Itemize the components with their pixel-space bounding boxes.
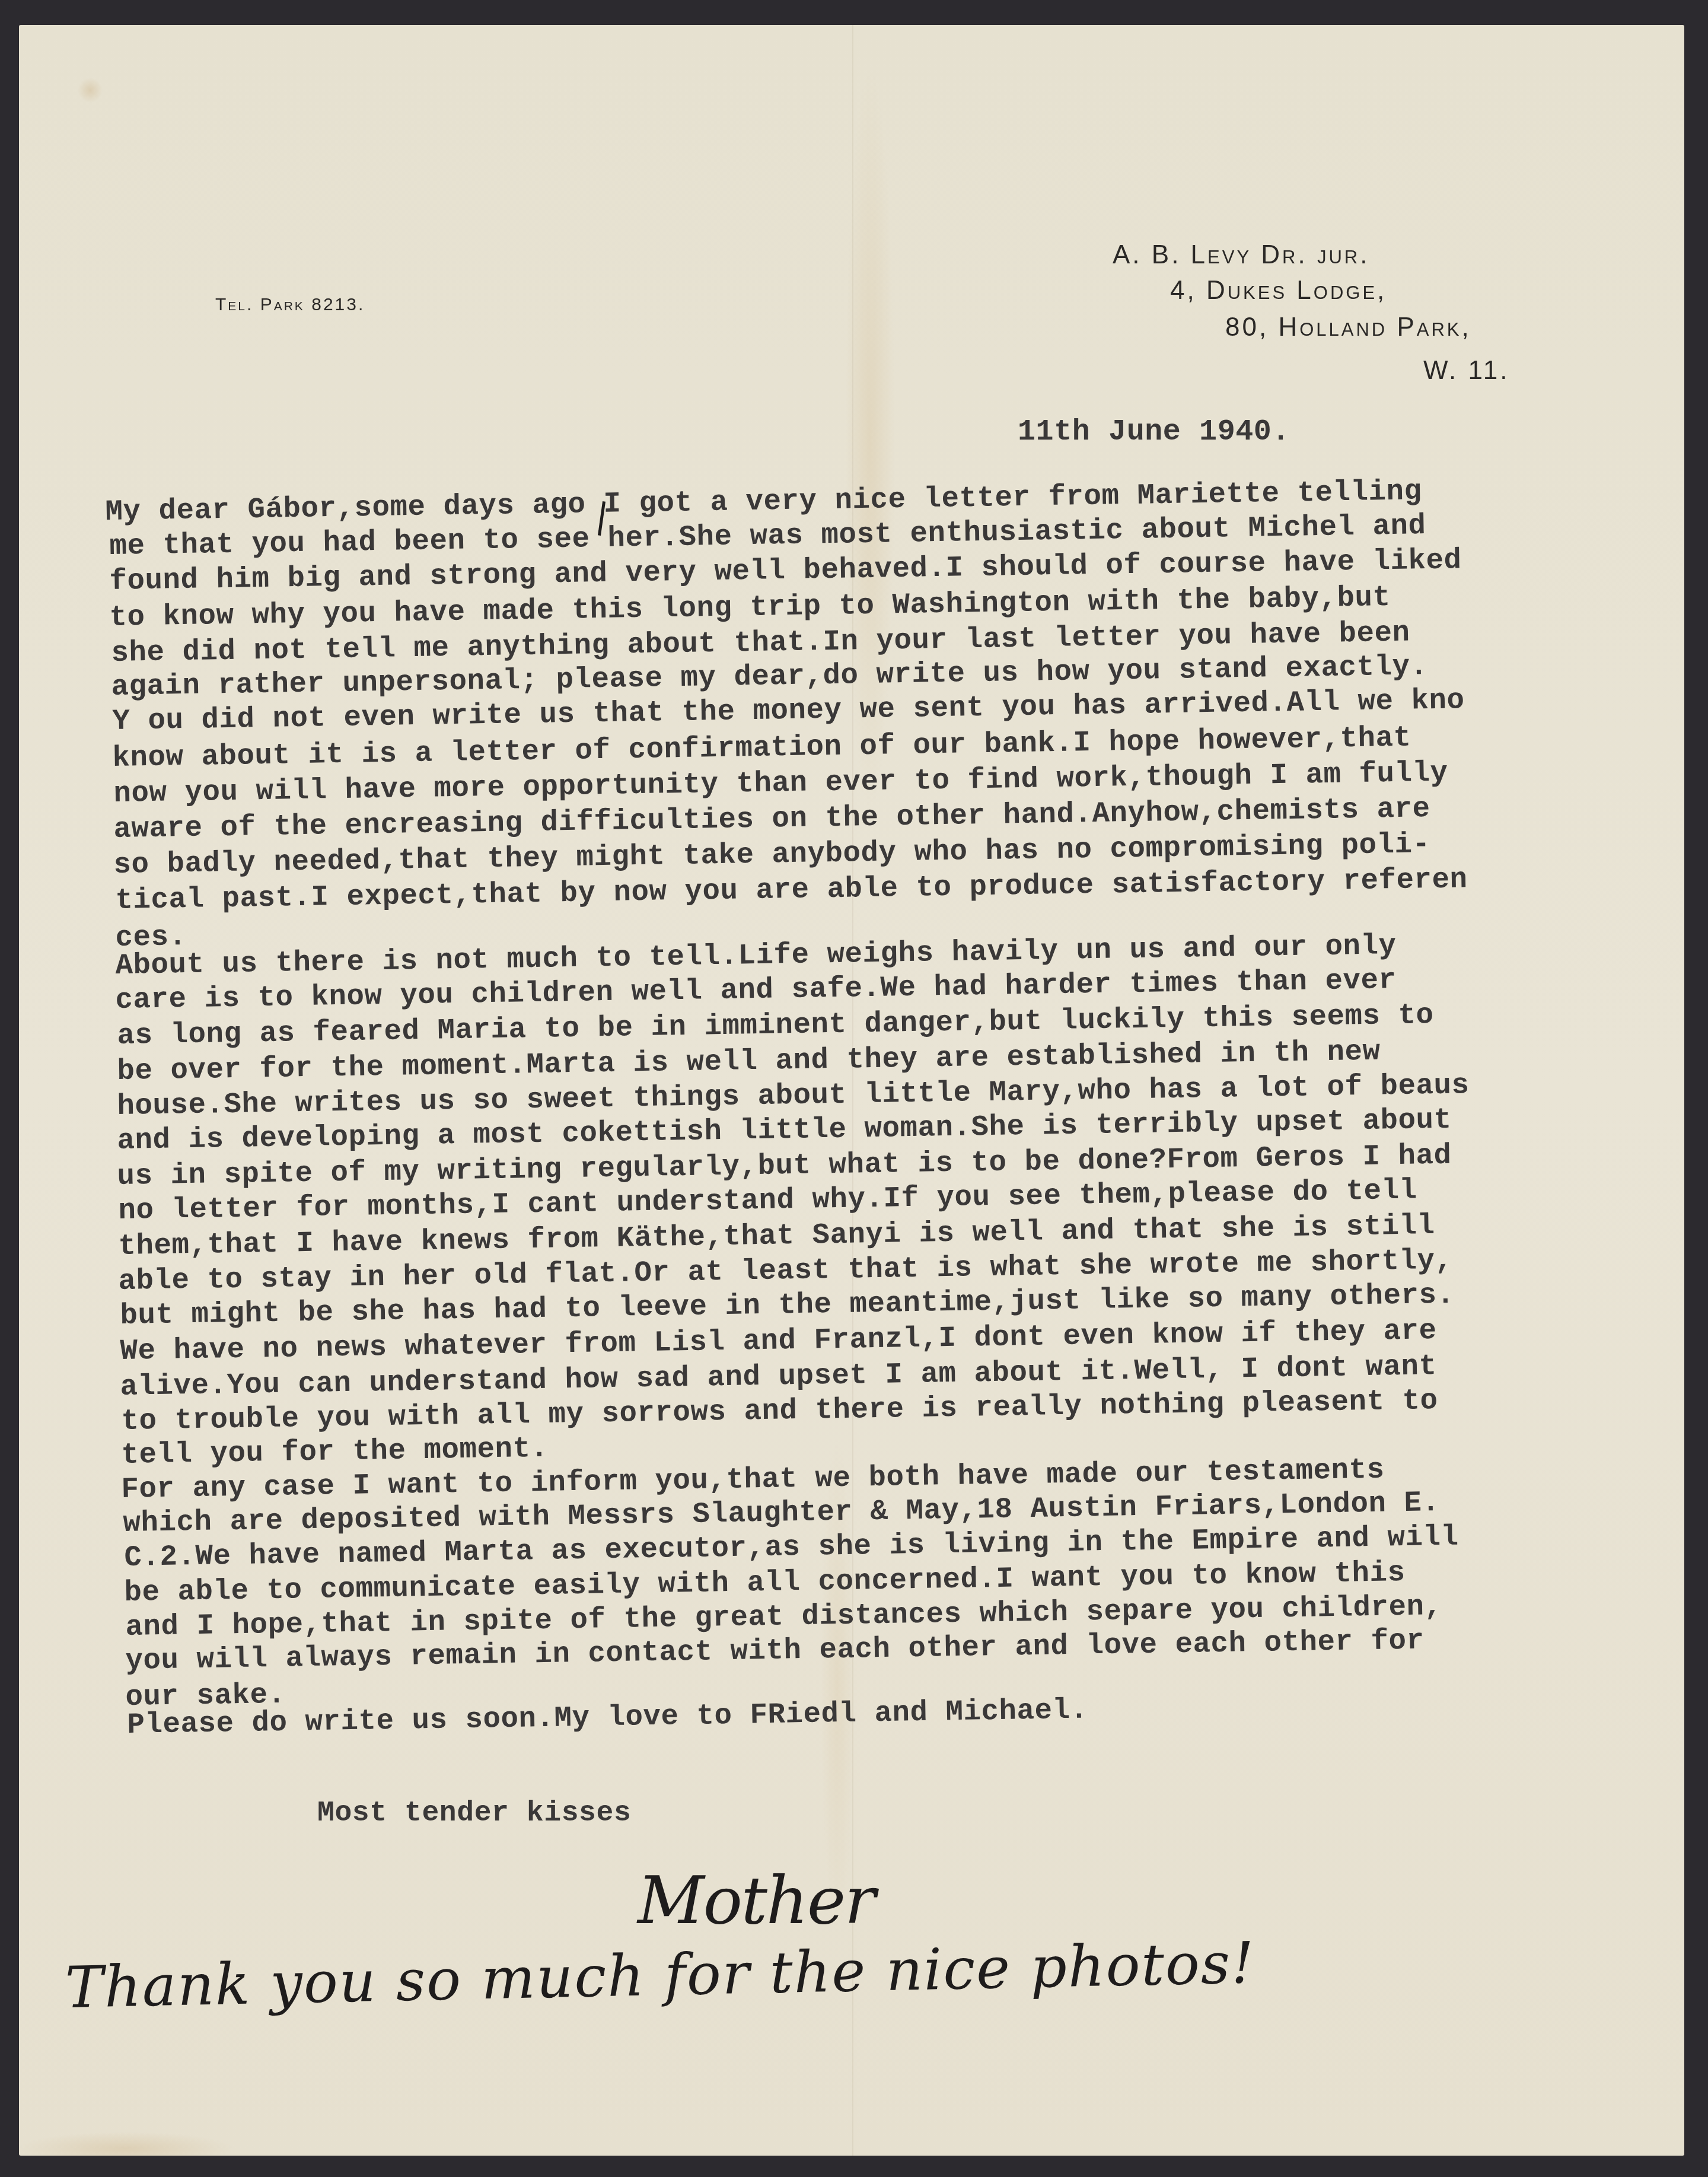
letter-date: 11th June 1940. bbox=[1018, 415, 1290, 449]
letterhead-address-line-3: W. 11. bbox=[1423, 356, 1509, 386]
letterhead-address-line-1: 4, Dukes Lodge, bbox=[1170, 276, 1387, 305]
letterhead-address-line-2: 80, Holland Park, bbox=[1225, 313, 1471, 342]
body-line: tell you for the moment. bbox=[121, 1432, 549, 1472]
letterhead-name: A. B. Levy Dr. jur. bbox=[1113, 240, 1369, 270]
handwritten-signature: Mother bbox=[638, 1863, 875, 1939]
letter-closing: Most tender kisses bbox=[317, 1797, 631, 1829]
letterhead-telephone: Tel. Park 8213. bbox=[215, 295, 365, 315]
